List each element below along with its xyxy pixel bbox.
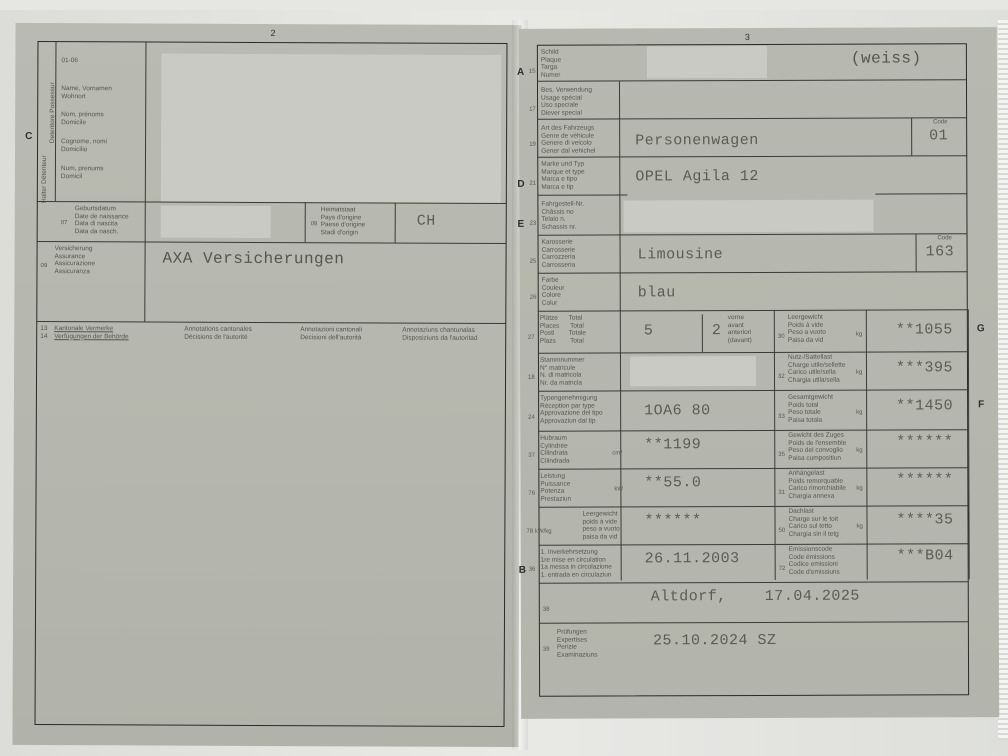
left-page: 2 C Halter Détenteur Detentore Possessur… [12, 23, 521, 747]
kw-per-kg-label: Leergewicht poids à vide peso a vuoto pa… [582, 510, 619, 540]
section-letter-g: G [977, 323, 985, 334]
field-33-code: 33 [778, 414, 785, 420]
section-letter-f: F [978, 399, 984, 410]
unit-kg: kg [856, 448, 862, 454]
seats-label: Plätze Total Places Total Posti Totale P… [540, 315, 586, 345]
unit-cm3: cm³ [612, 450, 622, 456]
field-38-code: 38 [543, 607, 550, 613]
annotations-rm: Annotaziuns chantunalas Disposiziuns da … [402, 327, 477, 342]
field-78-code: 78 kW/kg [527, 529, 552, 535]
payload-label: Nutz-/Sattellast Charge utile/sellette C… [788, 354, 846, 384]
plate-label: Schild Plaque Targa Numer [541, 49, 561, 79]
code-label: Code [938, 235, 952, 241]
field-19-code: 19 [529, 142, 536, 148]
section-letter-a: A [517, 67, 524, 78]
first-registration-value: 26.11.2003 [645, 550, 740, 567]
field-01-06-code: 01-06 [61, 57, 78, 65]
color-label: Farbe Couleur Colore Colur [542, 277, 565, 307]
unit-kw: kW [614, 486, 623, 492]
empty-weight-value: **1055 [896, 321, 953, 338]
field-26-code: 26 [530, 295, 537, 301]
type-approval-label: Typengenehmigung Réception par type Appr… [540, 395, 603, 425]
field-09-code: 09 [41, 263, 48, 269]
special-use-label: Bes. Verwendung Usage spécial Uso specia… [541, 87, 592, 117]
field-36-code: 36 [529, 567, 536, 573]
redacted-holder-name [161, 54, 502, 203]
roof-load-value: ****35 [896, 511, 953, 528]
body-code: 163 [926, 243, 955, 260]
emission-code-value: ***B04 [897, 547, 954, 564]
field-32-code: 32 [778, 374, 785, 380]
field-31-code: 31 [778, 490, 785, 496]
total-weight-label: Gesamtgewicht Poids total Peso totale Pa… [788, 394, 833, 424]
displacement-value: **1199 [644, 436, 701, 453]
emission-code-label: Emissionscode Code émissions Codice emis… [789, 546, 840, 576]
field-23-code: 23 [529, 221, 536, 227]
seats-front-value: 2 [712, 322, 722, 339]
annotations-fr: Annotations cantonales Décisions de l'au… [184, 326, 252, 341]
field-17-code: 17 [529, 107, 536, 113]
field-35-code: 35 [778, 452, 785, 458]
field-07-code: 07 [61, 220, 68, 226]
displacement-label: Hubraum Cylindrée Cilindrata Cilindrada [540, 435, 569, 465]
vehicle-type-value: Personenwagen [635, 132, 759, 149]
vehicle-type-code: 01 [929, 127, 948, 144]
redacted-birthdate [161, 206, 271, 238]
page-number: 2 [271, 28, 276, 38]
annotations-de: Kantonale Vermerke Verfügungen der Behör… [54, 325, 129, 340]
seats-front-label: vorne avant anteriori (davant) [728, 314, 752, 344]
trailer-load-value: ****** [896, 471, 953, 488]
chassis-label: Fahrgestell-Nr. Châssis no Telaio n. Sch… [541, 201, 584, 231]
empty-weight-label: Leergewicht Poids à vide Peso a vuoto Pa… [788, 314, 826, 344]
insurance-label: Versicherung Assurance Assicurazione Ass… [54, 245, 95, 275]
holder-vertical-label: Halter Détenteur [41, 113, 48, 203]
color-value: blau [638, 284, 676, 301]
body-value: Limousine [638, 246, 724, 263]
body-label: Karosserie Carrosserie Carrozzeria Carro… [542, 239, 576, 269]
redacted-chassis [623, 200, 873, 233]
unit-kg: kg [856, 410, 862, 416]
origin-value: CH [417, 213, 436, 230]
field-50-code: 50 [779, 528, 786, 534]
field-08-code: 08 [311, 221, 318, 227]
name-label-de: Name, Vornamen Wohnort [61, 85, 112, 100]
section-letter-b: B [519, 565, 526, 576]
field-76-code: 76 [528, 491, 535, 497]
first-registration-label: 1. Inverkehrsetzung 1re mise en circulat… [541, 549, 612, 579]
section-letter-c: C [25, 131, 32, 142]
inspection-label: Prüfungen Expertises Perizie Examinaziun… [557, 629, 598, 659]
master-number-label: Stammnummer N° matricule N. di matricola… [540, 357, 585, 387]
field-27-code: 27 [528, 335, 535, 341]
divider [702, 314, 703, 352]
seats-total-value: 5 [644, 322, 654, 339]
kw-per-kg-value: ****** [644, 512, 701, 529]
trailer-load-label: Anhängelast Poids remorquable Carico rim… [788, 470, 846, 500]
unit-kg: kg [856, 486, 862, 492]
redacted-master-number [630, 356, 756, 386]
section-letter-d: D [517, 179, 524, 190]
field-39-code: 39 [543, 647, 550, 653]
section-letter-e: E [517, 219, 524, 230]
birthdate-label: Geburtsdatum Date de naissance Data di n… [75, 205, 129, 235]
payload-value: ***395 [896, 359, 953, 376]
make-model-value: OPEL Agila 12 [635, 168, 759, 185]
total-weight-value: **1450 [896, 397, 953, 414]
field-24-code: 24 [528, 415, 535, 421]
unit-kg: kg [857, 524, 863, 530]
field-18-code: 18 [528, 375, 535, 381]
name-label-fr: Nom, prénoms Domicile [61, 111, 104, 126]
type-approval-value: 1OA6 80 [644, 402, 711, 419]
place-date-value: Altdorf, 17.04.2025 [651, 588, 860, 606]
field-37-code: 37 [528, 453, 535, 459]
unit-kg: kg [856, 332, 862, 338]
divider [911, 117, 912, 155]
field-25-code: 25 [530, 259, 537, 265]
divider [916, 233, 917, 271]
redacted-plate [647, 46, 767, 78]
unit-kg: kg [856, 370, 862, 376]
field-72-code: 72 [779, 566, 786, 572]
page-number: 3 [745, 32, 750, 42]
inspection-value: 25.10.2024 SZ [653, 632, 777, 649]
train-weight-value: ****** [896, 433, 953, 450]
divider [968, 309, 970, 579]
annotations-it: Annotazioni cantonali Decisioni dell'aut… [300, 326, 362, 341]
vehicle-type-label: Art des Fahrzeugs Genre de véhicule Gene… [541, 125, 595, 155]
sleeve-stitching [998, 20, 1008, 740]
name-label-it: Cognome, nomi Domicilio [61, 138, 107, 153]
train-weight-label: Gewicht des Zuges Poids de l'ensemble Pe… [788, 432, 846, 462]
field-15-code: 15 [529, 69, 536, 75]
field-21-code: 21 [529, 181, 536, 187]
code-label: Code [933, 119, 947, 125]
power-label: Leistung Puissance Potenza Prestaziun [540, 473, 571, 503]
field-30-code: 30 [778, 334, 785, 340]
divider [395, 203, 396, 243]
field-13-14-codes: 13 14 [40, 325, 47, 340]
insurance-value: AXA Versicherungen [163, 250, 345, 269]
divider [305, 202, 306, 242]
right-page: 3 A 15 Schild Plaque Targa Numer (weiss)… [519, 27, 999, 719]
roof-load-label: Dachlast Charge sur le toit Carico sul t… [788, 508, 838, 538]
origin-label: Heimatstaat Pays d'origine Paese d'origi… [321, 206, 366, 236]
power-value: **55.0 [644, 474, 701, 491]
name-label-rm: Num, prenums Domicil [61, 165, 104, 180]
plate-color-value: (weiss) [851, 49, 922, 67]
make-model-label: Marke und Typ Marque et type Marca e tip… [541, 161, 584, 191]
